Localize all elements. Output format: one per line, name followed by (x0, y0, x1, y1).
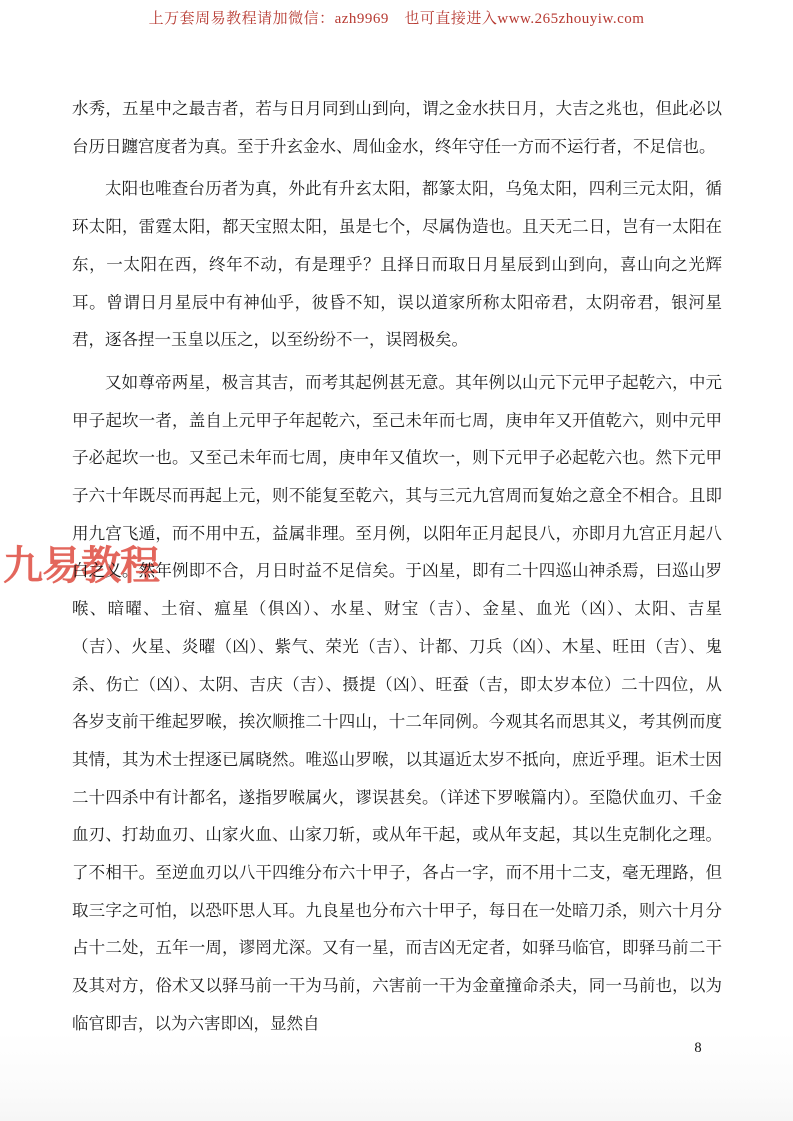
scanned-document-page: 上万套周易教程请加微信：azh9969 也可直接进入www.265zhouyiw… (0, 0, 793, 1121)
body-paragraph: 太阳也唯查台历者为真，外此有升玄太阳，都篆太阳，乌兔太阳，四利三元太阳，循环太阳… (72, 170, 722, 359)
page-number: 8 (688, 1040, 708, 1057)
header-promo-notice: 上万套周易教程请加微信：azh9969 也可直接进入www.265zhouyiw… (0, 7, 793, 28)
document-body: 水秀，五星中之最吉者，若与日月同到山到向，谓之金水扶日月，大吉之兆也，但此必以台… (72, 90, 722, 1048)
body-paragraph: 又如尊帝两星，极言其吉，而考其起例甚无意。其年例以山元下元甲子起乾六，中元甲子起… (72, 364, 722, 1043)
body-paragraph: 水秀，五星中之最吉者，若与日月同到山到向，谓之金水扶日月，大吉之兆也，但此必以台… (72, 90, 722, 165)
